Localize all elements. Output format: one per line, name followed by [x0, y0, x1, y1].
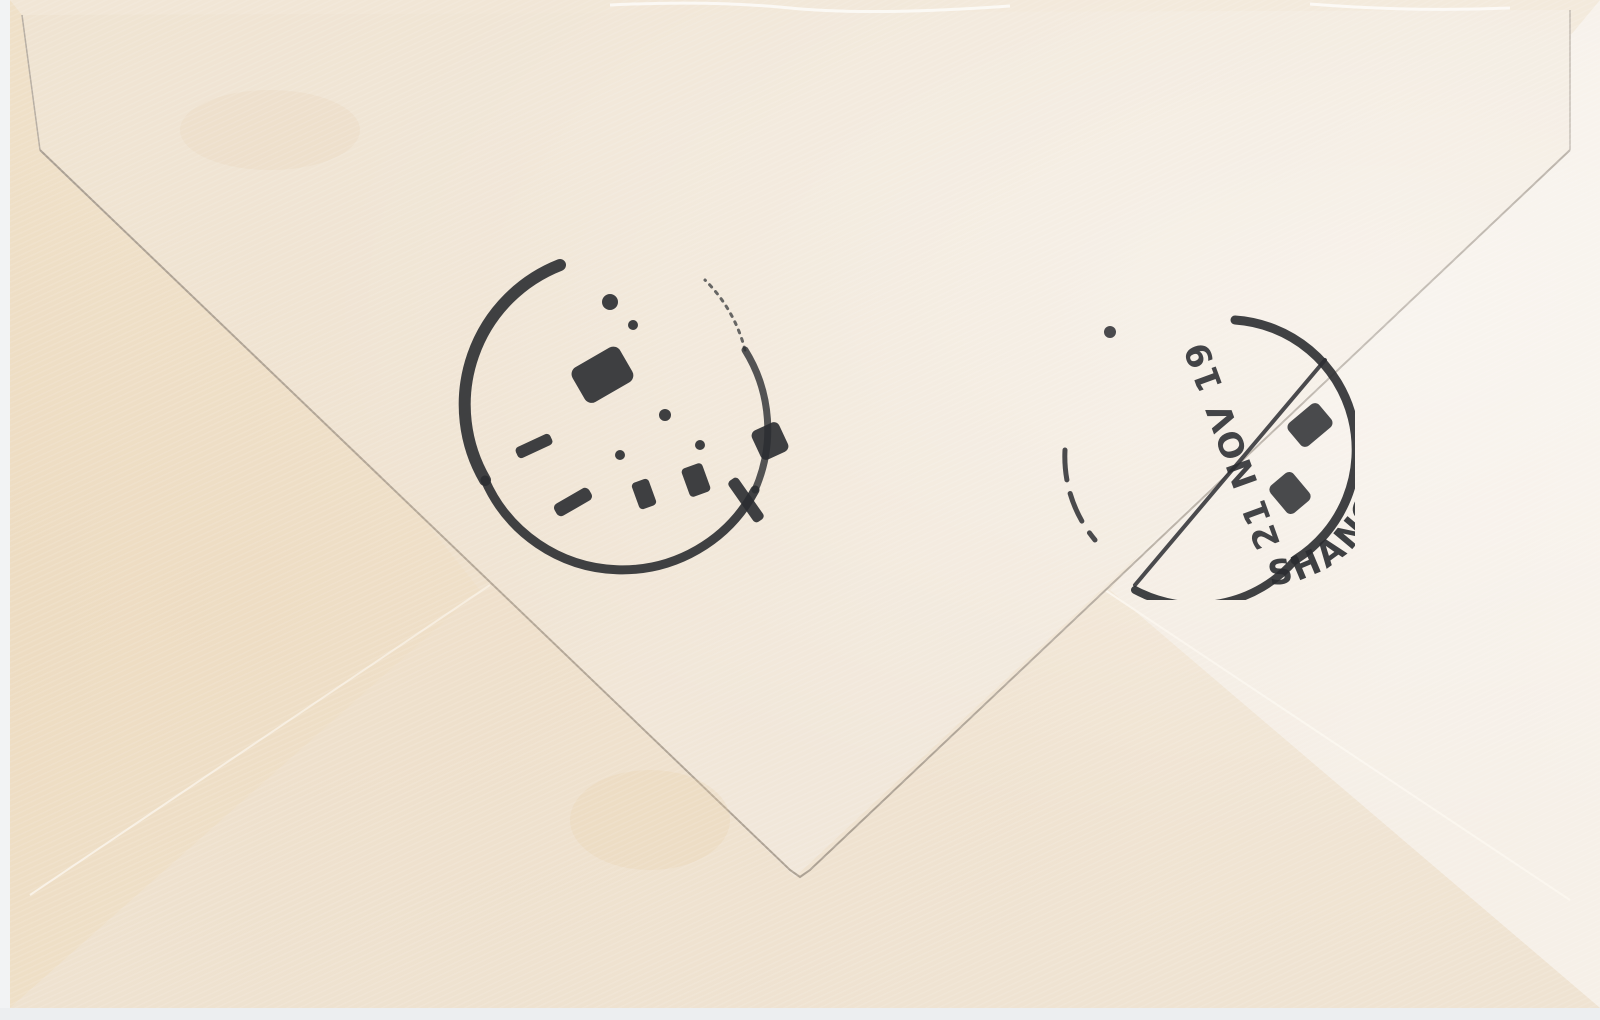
scanner-border-bottom	[0, 1008, 1600, 1020]
envelope-flaps	[10, 0, 1600, 1008]
envelope-back	[10, 0, 1600, 1008]
postmark-right: SHANGHAI 21 NOV 19	[1055, 300, 1355, 600]
postmark-left-ring	[455, 240, 800, 585]
scanner-border	[0, 0, 10, 1020]
postmark-left	[455, 240, 800, 585]
